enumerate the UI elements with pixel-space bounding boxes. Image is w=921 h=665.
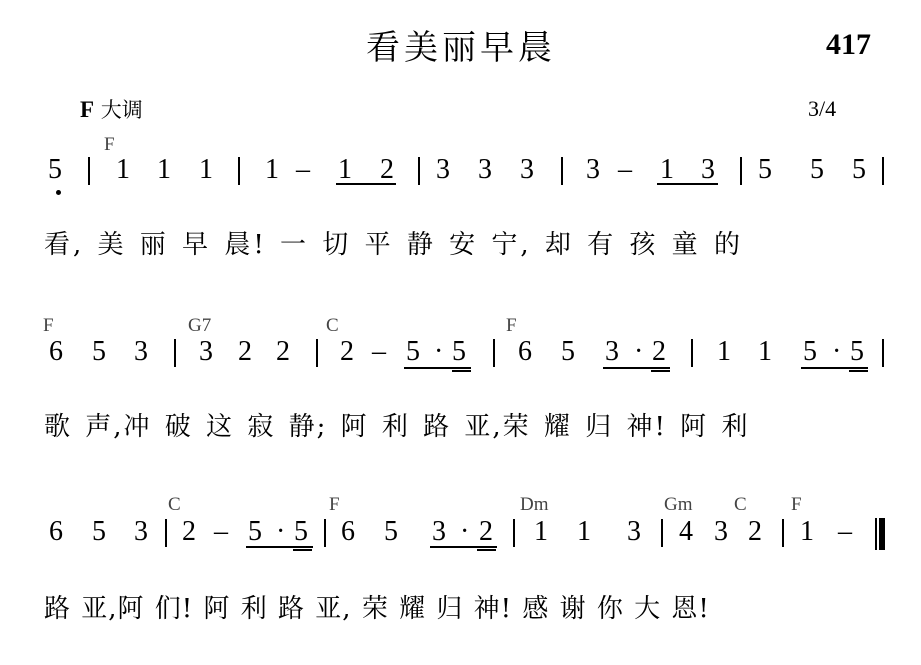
sixteenth-beam	[651, 370, 670, 372]
note: 2	[479, 516, 493, 548]
dot: ·	[634, 336, 643, 368]
note: 2	[652, 336, 666, 368]
barline	[882, 339, 884, 367]
eighth-beam	[801, 367, 868, 369]
sixteenth-beam	[293, 549, 312, 551]
song-title: 看美丽早晨	[366, 20, 556, 69]
barline	[513, 519, 515, 547]
lyrics-line-1: 看, 美 丽 早 晨! 一 切 平 静 安 宁, 却 有 孩 童 的	[44, 224, 743, 261]
note: 1	[116, 154, 130, 186]
dash: –	[618, 154, 632, 186]
note: 1	[800, 516, 814, 548]
dash: –	[838, 516, 852, 548]
chord-symbol: C	[326, 315, 339, 337]
sixteenth-beam	[452, 370, 471, 372]
barline	[238, 157, 240, 185]
note: 2	[340, 336, 354, 368]
note: 5	[384, 516, 398, 548]
eighth-beam	[246, 546, 313, 548]
barline	[691, 339, 693, 367]
note: 1	[265, 154, 279, 186]
barline	[418, 157, 420, 185]
note: 5	[758, 154, 772, 186]
barline	[316, 339, 318, 367]
note: 2	[748, 516, 762, 548]
chord-symbol: C	[168, 494, 181, 516]
lyrics-line-3: 路 亚,阿 们! 阿 利 路 亚, 荣 耀 归 神! 感 谢 你 大 恩!	[44, 588, 710, 625]
note: 5	[406, 336, 420, 368]
lyrics-line-2: 歌 声,冲 破 这 寂 静; 阿 利 路 亚,荣 耀 归 神! 阿 利	[44, 406, 749, 443]
eighth-beam	[404, 367, 471, 369]
barline	[174, 339, 176, 367]
eighth-beam	[603, 367, 670, 369]
note: 5	[92, 336, 106, 368]
final-barline-thick	[879, 518, 885, 550]
dash: –	[214, 516, 228, 548]
barline	[740, 157, 742, 185]
barline	[493, 339, 495, 367]
note: 4	[679, 516, 693, 548]
chord-symbol: C	[734, 494, 747, 516]
chord-symbol: F	[506, 315, 517, 337]
chord-symbol: F	[791, 494, 802, 516]
note: 5	[803, 336, 817, 368]
note: 6	[49, 516, 63, 548]
note: 5	[452, 336, 466, 368]
note: 5	[92, 516, 106, 548]
barline	[782, 519, 784, 547]
note: 5	[850, 336, 864, 368]
note: 1	[758, 336, 772, 368]
eighth-beam	[430, 546, 497, 548]
note: 2	[182, 516, 196, 548]
barline	[561, 157, 563, 185]
chord-symbol: Dm	[520, 494, 549, 516]
dot: ·	[434, 336, 443, 368]
key-letter: F	[80, 97, 94, 122]
low-octave-dot	[56, 190, 61, 195]
note: 1	[717, 336, 731, 368]
note: 5	[561, 336, 575, 368]
note: 1	[577, 516, 591, 548]
barline	[165, 519, 167, 547]
dot: ·	[832, 336, 841, 368]
note: 1	[199, 154, 213, 186]
hymn-number: 417	[826, 28, 871, 62]
dash: –	[296, 154, 310, 186]
note: 3	[520, 154, 534, 186]
note: 1	[338, 154, 352, 186]
eighth-beam	[336, 183, 396, 185]
note: 3	[701, 154, 715, 186]
sixteenth-beam	[477, 549, 496, 551]
dot: ·	[276, 516, 285, 548]
chord-symbol: G7	[188, 315, 211, 337]
note: 1	[534, 516, 548, 548]
note: 1	[157, 154, 171, 186]
note: 6	[518, 336, 532, 368]
time-signature: 3/4	[808, 96, 836, 122]
note: 5	[294, 516, 308, 548]
note: 3	[627, 516, 641, 548]
barline	[882, 157, 884, 185]
note: 2	[238, 336, 252, 368]
note: 3	[134, 336, 148, 368]
chord-symbol: Gm	[664, 494, 693, 516]
eighth-beam	[657, 183, 718, 185]
note: 3	[714, 516, 728, 548]
note: 5	[48, 154, 62, 186]
note: 1	[660, 154, 674, 186]
note: 6	[49, 336, 63, 368]
sixteenth-beam	[849, 370, 868, 372]
note: 5	[248, 516, 262, 548]
chord-symbol: F	[104, 134, 115, 156]
key-text: 大调	[101, 98, 143, 122]
note: 3	[134, 516, 148, 548]
note: 3	[605, 336, 619, 368]
chord-symbol: F	[43, 315, 54, 337]
dash: –	[372, 336, 386, 368]
note: 3	[586, 154, 600, 186]
barline	[88, 157, 90, 185]
key-signature: F 大调	[80, 94, 143, 124]
final-barline-thin	[875, 518, 877, 550]
note: 2	[380, 154, 394, 186]
barline	[324, 519, 326, 547]
note: 2	[276, 336, 290, 368]
note: 3	[432, 516, 446, 548]
note: 3	[478, 154, 492, 186]
note: 6	[341, 516, 355, 548]
barline	[661, 519, 663, 547]
chord-symbol: F	[329, 494, 340, 516]
note: 3	[199, 336, 213, 368]
note: 5	[810, 154, 824, 186]
note: 3	[436, 154, 450, 186]
dot: ·	[460, 516, 469, 548]
note: 5	[852, 154, 866, 186]
